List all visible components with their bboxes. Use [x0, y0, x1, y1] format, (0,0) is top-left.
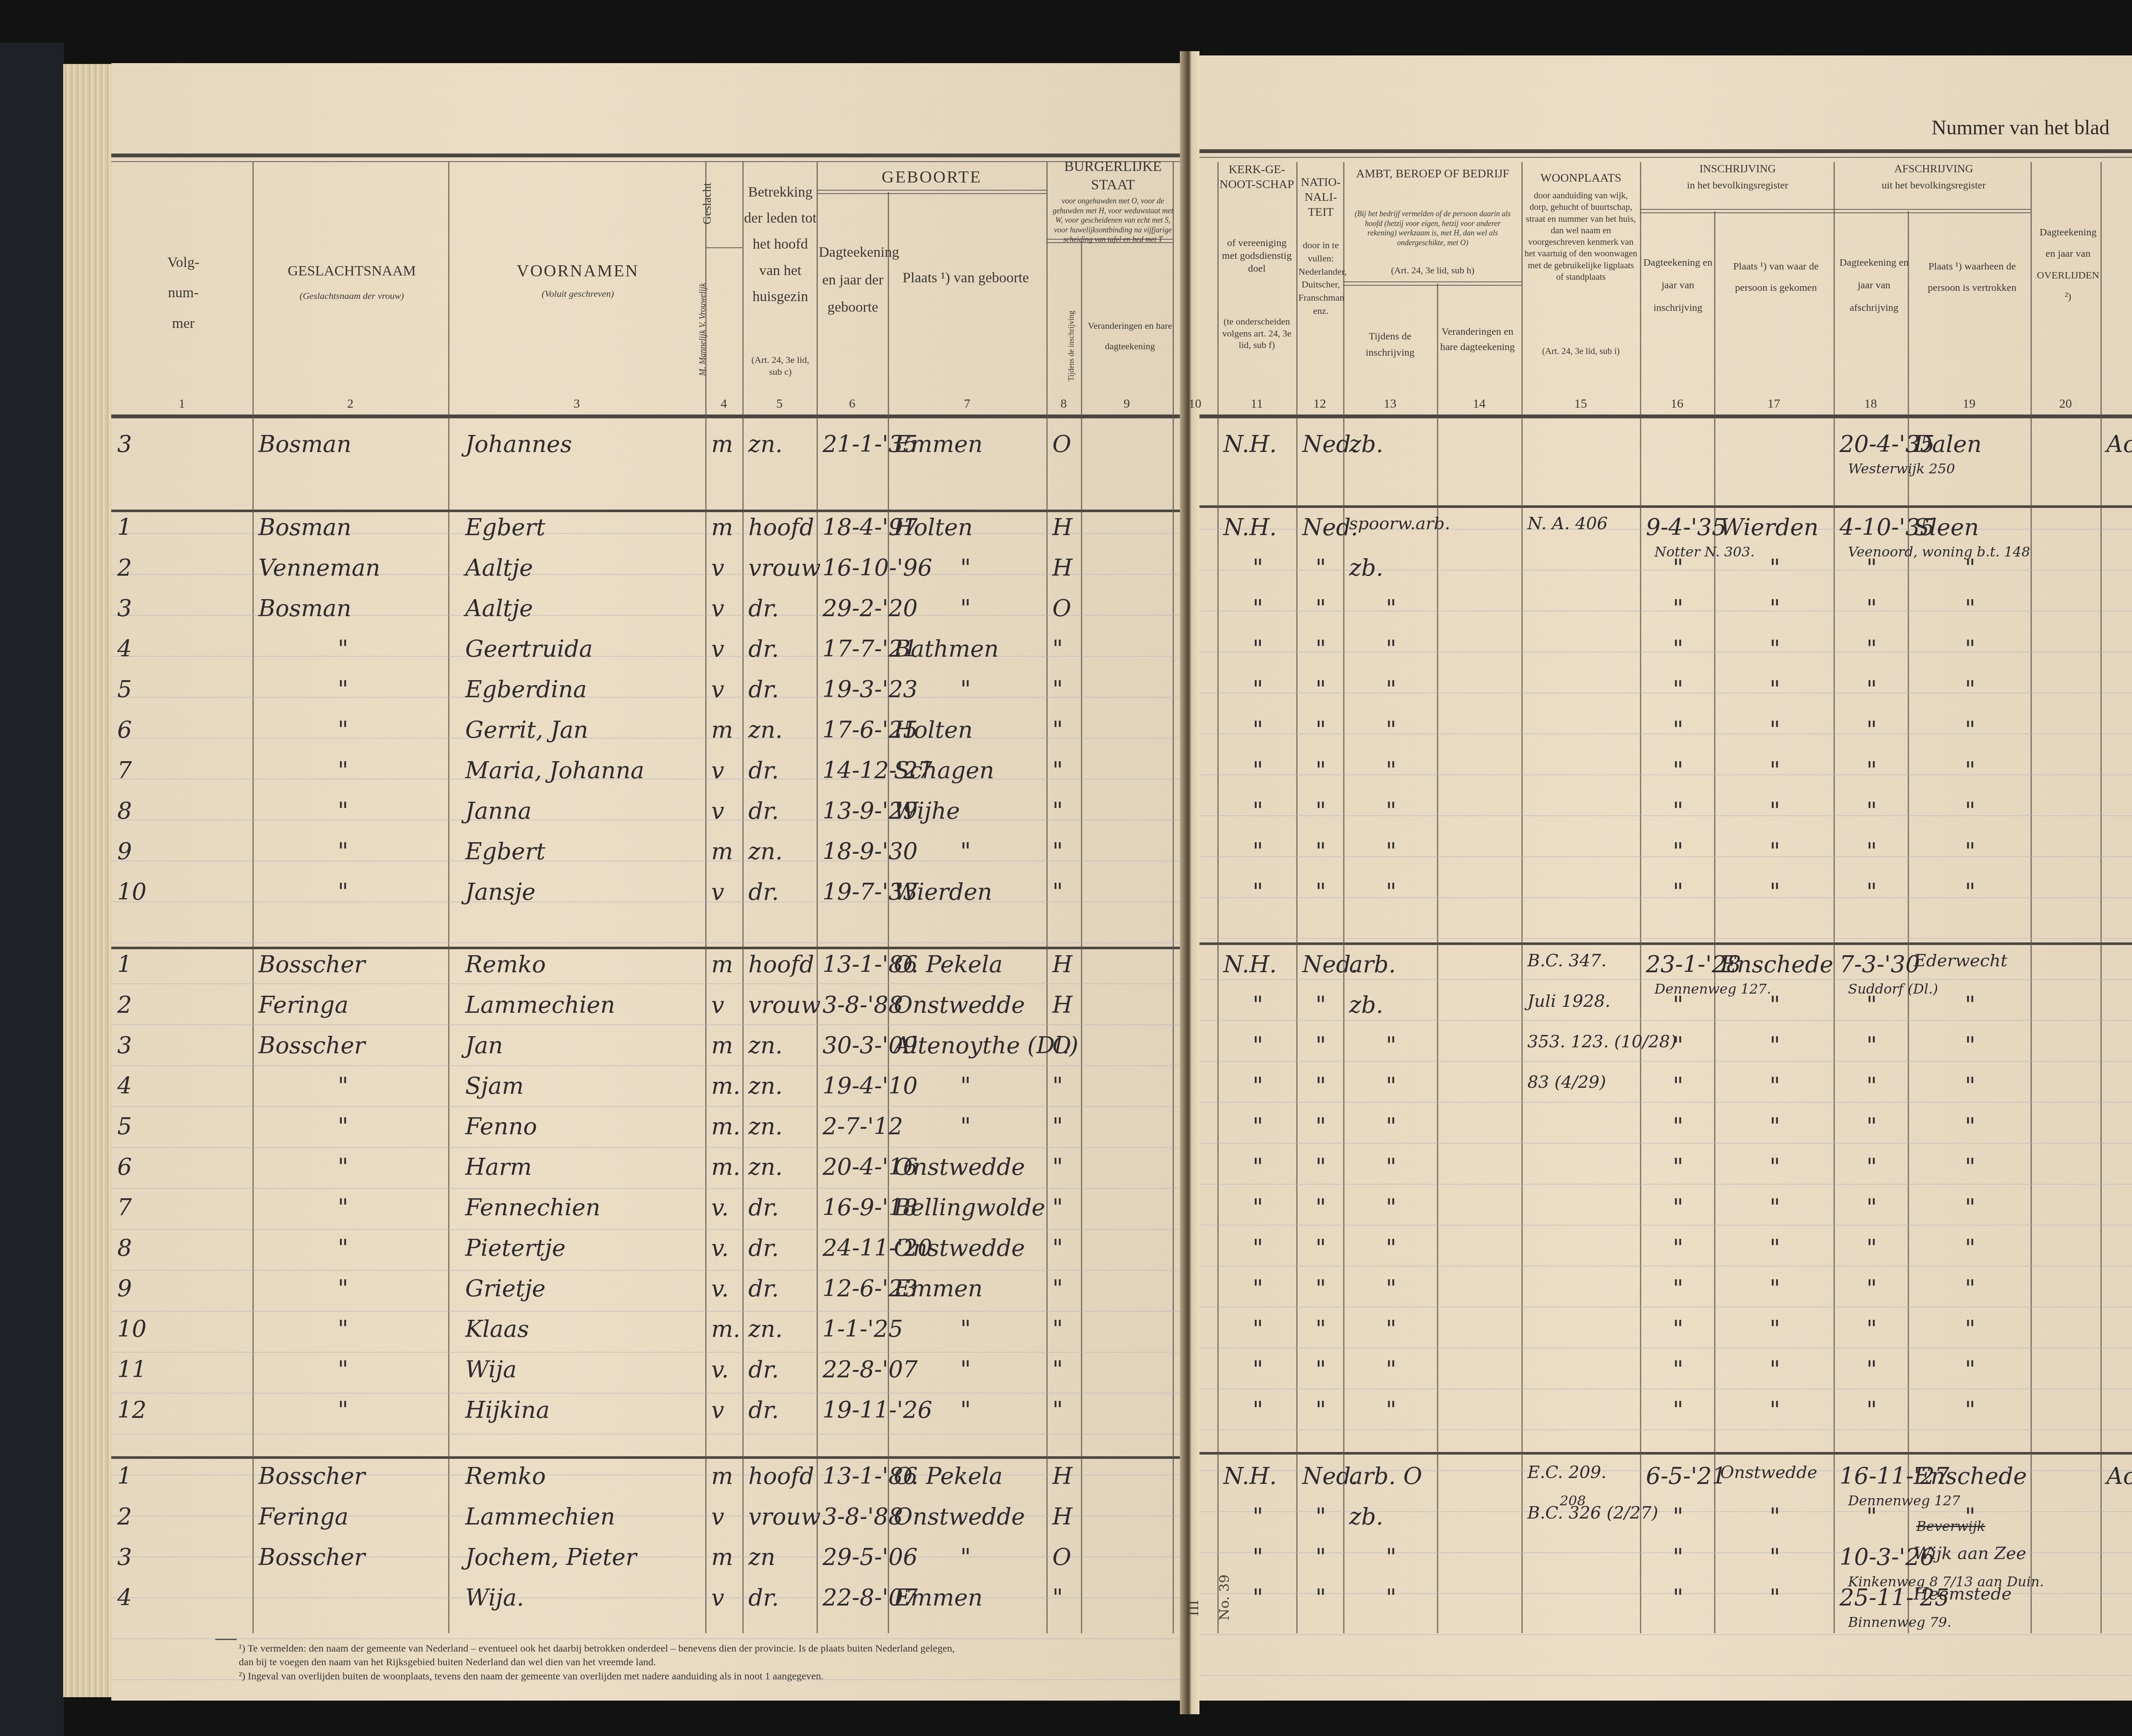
cell-nationality: " [1315, 1397, 1326, 1423]
cell-occupation: " [1386, 1316, 1396, 1342]
cell-sex: m. [711, 1153, 740, 1180]
cell-nationality: " [1315, 991, 1326, 1018]
cell-sex: v [711, 797, 724, 824]
column-number: 15 [1521, 397, 1640, 411]
cell-given-names: Hijkina [465, 1397, 550, 1423]
cell-civil-status: " [1052, 878, 1063, 905]
cell-occupation: " [1386, 1194, 1396, 1221]
cell-occupation: arb. [1349, 951, 1396, 978]
cell-registration-date: " [1673, 1113, 1683, 1140]
cell-religion: " [1253, 757, 1263, 784]
cell-relation: dr. [748, 1584, 779, 1611]
cell-civil-status: H [1052, 951, 1072, 978]
cell-deregistration-place: " [1965, 1072, 1976, 1099]
cell-civil-status: O [1052, 431, 1071, 458]
cell-birth-place: " [960, 1316, 971, 1342]
cell-relation: dr. [748, 757, 779, 784]
cell-religion: N.H. [1223, 514, 1277, 541]
cell-surname: " [338, 757, 348, 784]
cell-religion: N.H. [1223, 951, 1277, 978]
ruled-line [1199, 815, 2132, 816]
ruled-line [111, 1597, 1180, 1598]
cell-registration-place: " [1770, 635, 1780, 662]
cell-residence: E.C. 209. [1527, 1463, 1607, 1482]
cell-given-names: Wija [465, 1356, 517, 1383]
household-separator-right [1199, 1452, 2132, 1455]
header-inschrijving-dag: Dagteekening en jaar van inschrijving [1642, 252, 1714, 319]
header-afschrijving: AFSCHRIJVING [1838, 162, 2030, 176]
cell-birth-place: " [960, 1356, 971, 1383]
ruled-line [1199, 856, 2132, 857]
subheader-rule [817, 193, 1046, 194]
ruled-line [1199, 652, 2132, 652]
household-separator-right [1199, 942, 2132, 945]
cell-out-place-2: Binnenweg 79. [1848, 1614, 1951, 1630]
cell-religion: " [1253, 1032, 1263, 1059]
cell-relation: dr. [748, 595, 779, 622]
cell-civil-status: H [1052, 514, 1072, 541]
cell-registration-place: " [1770, 1032, 1780, 1059]
cell-occupation: arb. O [1349, 1463, 1422, 1490]
header-ambt-tijdens: Tijdens de inschrijving [1347, 328, 1433, 361]
cell-religion: " [1253, 716, 1263, 743]
ruled-line [111, 1065, 1180, 1066]
cell-nationality: " [1315, 1275, 1326, 1302]
ruled-line [111, 901, 1180, 902]
cell-civil-status: " [1052, 1584, 1063, 1611]
column-number: 20 [2031, 397, 2100, 411]
ruled-line [1199, 1307, 2132, 1307]
cell-row-number: 7 [117, 757, 132, 784]
cell-religion: " [1253, 1235, 1263, 1261]
cell-birth-date: 29-2-'20 [823, 595, 918, 622]
header-woonplaats-sub: door aanduiding van wijk, dorp, gehucht … [1524, 190, 1637, 283]
cell-birth-place: Schagen [894, 757, 994, 784]
cell-birth-place: Onstwedde [894, 1153, 1025, 1180]
cell-civil-status: H [1052, 1463, 1072, 1490]
cell-surname: Feringa [258, 1503, 348, 1530]
cell-registration-place: " [1770, 1275, 1780, 1302]
cell-relation: zn. [748, 1113, 782, 1140]
header-betrekking: Betrekking der leden tot het hoofd van h… [744, 179, 817, 310]
column-number: 12 [1296, 397, 1343, 411]
ruled-line [111, 1147, 1180, 1148]
cell-occupation: " [1386, 757, 1396, 784]
footnote-1: ¹) Te vermelden: den naam der gemeente v… [239, 1642, 964, 1669]
ruled-line [1199, 570, 2132, 571]
cell-registration-date: " [1673, 1544, 1683, 1571]
header-top-rule-right [1199, 149, 2132, 153]
cell-given-names: Egbert [465, 514, 545, 541]
cell-religion: " [1253, 878, 1263, 905]
cell-given-names: Remko [465, 1463, 546, 1490]
cell-nationality: " [1315, 1194, 1326, 1221]
cell-registration-date: " [1673, 1275, 1683, 1302]
cell-given-names: Jochem, Pieter [465, 1544, 637, 1571]
cell-nationality: " [1315, 676, 1326, 703]
cell-relation: vrouw [748, 1503, 821, 1530]
cell-birth-date: 16-10-'96 [823, 554, 932, 581]
cell-registration-date: 6-5-'21 [1646, 1463, 1726, 1490]
cell-civil-status: " [1052, 1113, 1063, 1140]
cell-registration-date: " [1673, 1194, 1683, 1221]
header-volg-3: mer [115, 308, 252, 339]
cell-civil-status: " [1052, 1235, 1063, 1261]
cell-registration-date: " [1673, 1153, 1683, 1180]
cell-birth-date: 29-5-'06 [823, 1544, 918, 1571]
cell-deregistration-place: " [1965, 1275, 1976, 1302]
cell-row-number: 5 [117, 676, 132, 703]
cell-registration-date: " [1673, 991, 1683, 1018]
cell-relation: zn. [748, 431, 782, 458]
cell-registration-date: " [1673, 1584, 1683, 1611]
ruled-line [111, 1188, 1180, 1189]
cell-occupation: zb. [1349, 554, 1383, 581]
cell-nationality: " [1315, 797, 1326, 824]
cell-sex: m [711, 1032, 733, 1059]
cell-religion: " [1253, 797, 1263, 824]
cell-given-names: Jan [465, 1032, 503, 1059]
cell-registration-date: 9-4-'35 [1646, 514, 1726, 541]
cell-registration-date: " [1673, 757, 1683, 784]
cell-registration-date: " [1673, 554, 1683, 581]
cell-birth-date: 19-3-'23 [823, 676, 918, 703]
cell-registration-place: " [1770, 1503, 1780, 1530]
cell-deregistration-place: " [1965, 757, 1976, 784]
cell-relation: vrouw [748, 554, 821, 581]
cell-registration-place: " [1770, 716, 1780, 743]
cell-given-names: Grietje [465, 1275, 546, 1302]
cell-surname: Bosscher [258, 1032, 365, 1059]
header-geslachtsnaam: GESLACHTSNAAM [256, 262, 448, 281]
cell-sex: m. [711, 1113, 740, 1140]
column-line [1081, 241, 1082, 1633]
column-number: 14 [1437, 397, 1521, 411]
cell-surname: " [338, 1072, 348, 1099]
cell-civil-status: " [1052, 838, 1063, 865]
cell-birth-date: 2-7-'12 [823, 1113, 903, 1140]
footnotes: ¹) Te vermelden: den naam der gemeente v… [239, 1642, 964, 1683]
household-separator-left [111, 1456, 1180, 1459]
cell-row-number: 10 [117, 878, 147, 905]
cell-row-number: 10 [117, 1316, 147, 1342]
cell-remarks: Acc. [2106, 1463, 2132, 1490]
cell-deregistration-date: " [1866, 1503, 1877, 1530]
header-volgnummer: Volg- num- mer [115, 247, 252, 339]
cell-given-names: Klaas [465, 1316, 529, 1342]
cell-row-number: 5 [117, 1113, 132, 1140]
cell-sex: v. [711, 1194, 729, 1221]
cell-residence: Juli 1928. [1527, 991, 1611, 1011]
cell-deregistration-place: Sleen [1914, 514, 1979, 541]
cell-religion: " [1253, 1113, 1263, 1140]
cell-birth-place: " [960, 838, 971, 865]
cell-surname: " [338, 838, 348, 865]
subheader-rule [1343, 285, 1521, 286]
cell-surname: " [338, 635, 348, 662]
ruled-line [1199, 1061, 2132, 1062]
cell-surname: " [338, 1194, 348, 1221]
cell-surname: " [338, 1275, 348, 1302]
cell-birth-place: Bathmen [894, 635, 999, 662]
cell-row-number: 3 [117, 1544, 132, 1571]
header-top-thin-left [111, 161, 1180, 162]
cell-row-number: 1 [117, 1463, 132, 1490]
ruled-line [1199, 897, 2132, 898]
cell-religion: " [1253, 1584, 1263, 1611]
cell-civil-status: " [1052, 1072, 1063, 1099]
cell-sex: v. [711, 1275, 729, 1302]
cell-remarks: Acc. [2106, 431, 2132, 458]
ruled-line [1199, 1143, 2132, 1144]
cell-nationality: " [1315, 757, 1326, 784]
cell-relation: zn. [748, 1316, 782, 1342]
cell-religion: " [1253, 1503, 1263, 1530]
cell-sex: v [711, 676, 724, 703]
cell-sex: m [711, 431, 733, 458]
cell-surname: " [338, 1397, 348, 1423]
cell-out-place-2: Westerwijk 250 [1848, 461, 1955, 477]
cell-birth-place: Wierden [894, 878, 992, 905]
cell-surname: " [338, 1235, 348, 1261]
cell-civil-status: " [1052, 635, 1063, 662]
cell-sex: m [711, 514, 733, 541]
cell-given-names: Maria, Johanna [465, 757, 644, 784]
cell-surname: Venneman [258, 554, 380, 581]
cell-registration-date: " [1673, 1316, 1683, 1342]
ruled-line [1199, 1102, 2132, 1103]
header-nationaliteit: NATIO-NALI-TEIT [1298, 175, 1343, 220]
ruled-line [111, 1638, 1180, 1639]
cell-row-number: 1 [117, 514, 132, 541]
cell-given-names: Lammechien [465, 1503, 615, 1530]
cell-given-names: Janna [465, 797, 532, 824]
cell-relation: hoofd [748, 1463, 814, 1490]
cell-relation: zn. [748, 1032, 782, 1059]
cell-sex: m [711, 1544, 733, 1571]
cell-nationality: " [1315, 1316, 1326, 1342]
cell-birth-place: Emmen [894, 1584, 983, 1611]
header-geslacht-sub: M. Mannelijk V. Vrouwelijk [698, 283, 708, 376]
cell-sex: v [711, 878, 724, 905]
cell-deregistration-place: " [1965, 1356, 1976, 1383]
cell-birth-place: Bellingwolde [894, 1194, 1045, 1221]
column-line [448, 162, 449, 1633]
cell-surname: Bosman [258, 595, 351, 622]
cell-deregistration-place: " [1965, 1235, 1976, 1261]
ruled-line [1199, 1511, 2132, 1512]
cell-occupation: " [1386, 1356, 1396, 1383]
column-number: 10 [1173, 397, 1217, 411]
cell-sex: m [711, 1463, 733, 1490]
cell-birth-place: " [960, 595, 971, 622]
cell-surname: Feringa [258, 991, 348, 1018]
ruled-line [1199, 1348, 2132, 1348]
cell-surname: Bosman [258, 431, 351, 458]
cell-surname: Bosscher [258, 951, 365, 978]
cell-row-number: 1 [117, 951, 132, 978]
cell-residence: N. A. 406 [1527, 514, 1608, 533]
cell-given-names: Fenno [465, 1113, 537, 1140]
cell-row-number: 7 [117, 1194, 132, 1221]
cell-civil-status: " [1052, 757, 1063, 784]
cell-civil-status: " [1052, 1316, 1063, 1342]
ruled-line [1199, 693, 2132, 693]
subheader-rule [1834, 209, 2031, 210]
cell-nationality: " [1315, 1584, 1326, 1611]
cell-deregistration-place: Dalen [1914, 431, 1982, 458]
cell-birth-place: Emmen [894, 1275, 983, 1302]
ruled-line [111, 983, 1180, 984]
cell-given-names: Harm [465, 1153, 532, 1180]
cell-residence: 83 (4/29) [1527, 1072, 1606, 1092]
cell-birth-date: 22-8-'07 [823, 1356, 918, 1383]
header-ambt-sub: (Bij het bedrijf vermelden of de persoon… [1352, 209, 1514, 247]
cell-residence: B.C. 326 (2/27) [1527, 1503, 1658, 1523]
cell-registration-place: " [1770, 838, 1780, 865]
ruled-line [111, 1311, 1180, 1312]
cell-registration-place: " [1770, 878, 1780, 905]
cell-sex: v [711, 991, 724, 1018]
cell-civil-status: " [1052, 1194, 1063, 1221]
cell-civil-status: H [1052, 991, 1072, 1018]
cell-occupation: " [1386, 1275, 1396, 1302]
cell-deregistration-place: " [1965, 1194, 1976, 1221]
column-line [1908, 211, 1909, 1633]
cell-nationality: " [1315, 1356, 1326, 1383]
cell-relation: zn. [748, 716, 782, 743]
header-top-thin-right [1199, 157, 2132, 158]
header-bottom-rule-right [1199, 414, 2132, 418]
cell-registration-place: " [1770, 1072, 1780, 1099]
cell-deregistration-place: " [1965, 554, 1976, 581]
cell-given-names: Geertruida [465, 635, 593, 662]
header-burgerlijke-veranderingen: Veranderingen en hare dagteekening [1083, 316, 1177, 357]
cell-given-names: Sjam [465, 1072, 524, 1099]
ruled-line [111, 656, 1180, 657]
cell-civil-status: O [1052, 595, 1071, 622]
cell-occupation: " [1386, 797, 1396, 824]
cell-given-names: Egbert [465, 838, 545, 865]
cell-row-number: 3 [117, 431, 132, 458]
cell-given-names: Lammechien [465, 991, 615, 1018]
cell-deregistration-date: " [1866, 716, 1877, 743]
cell-deregistration-place: Heemstede [1914, 1584, 2012, 1604]
ruled-line [1199, 611, 2132, 612]
cell-occupation: spoorw.arb. [1349, 514, 1450, 533]
cell-registration-date: " [1673, 1397, 1683, 1423]
geslacht-divider [705, 247, 742, 248]
cell-birth-place: Onstwedde [894, 1235, 1025, 1261]
cell-sex: v [711, 757, 724, 784]
cell-registration-date: " [1673, 797, 1683, 824]
cell-nationality: " [1315, 716, 1326, 743]
cell-registration-place: " [1770, 1194, 1780, 1221]
cell-nationality: " [1315, 1153, 1326, 1180]
cell-sex: v [711, 635, 724, 662]
ruled-line [1199, 1266, 2132, 1266]
cell-registration-place: Onstwedde [1720, 1463, 1817, 1482]
cell-deregistration-place: " [1965, 635, 1976, 662]
cell-given-names: Aaltje [465, 554, 533, 581]
cell-birth-place: " [960, 1072, 971, 1099]
cell-row-number: 2 [117, 554, 132, 581]
cell-deregistration-place: " [1965, 595, 1976, 622]
cell-civil-status: " [1052, 1153, 1063, 1180]
cell-row-number: 4 [117, 635, 132, 662]
cell-birth-place: Onstwedde [894, 1503, 1025, 1530]
cell-registration-date: " [1673, 838, 1683, 865]
cell-deregistration-date: " [1866, 1032, 1877, 1059]
cell-birth-date: 19-4-'10 [823, 1072, 918, 1099]
cell-relation: zn. [748, 838, 782, 865]
ruled-line [111, 1270, 1180, 1271]
cell-occupation: " [1386, 1544, 1396, 1571]
cell-religion: " [1253, 1153, 1263, 1180]
cell-birth-date: 18-9-'30 [823, 838, 918, 865]
cell-sex: m [711, 716, 733, 743]
ruled-line [1199, 938, 2132, 939]
column-number: 18 [1834, 397, 1908, 411]
cell-religion: " [1253, 838, 1263, 865]
cell-deregistration-place: " [1965, 1113, 1976, 1140]
header-kerkgenootschap: KERK-GE-NOOT-SCHAP [1220, 162, 1294, 192]
cell-sex: v [711, 1584, 724, 1611]
cell-deregistration-date: " [1866, 1235, 1877, 1261]
cell-registration-date: " [1673, 1503, 1683, 1530]
cell-deregistration-place: " [1965, 1316, 1976, 1342]
header-aanmerkingen-sub: (Art. 24, 5e lid) [2106, 294, 2132, 306]
cell-surname: " [338, 1153, 348, 1180]
cell-birth-place: O. Pekela [894, 1463, 1002, 1490]
cell-relation: zn. [748, 1072, 782, 1099]
cell-occupation: " [1386, 676, 1396, 703]
cell-deregistration-date: 7-3-'30 [1839, 951, 1920, 978]
cell-surname: Bosscher [258, 1544, 365, 1571]
cell-deregistration-date: " [1866, 878, 1877, 905]
cell-row-number: 12 [117, 1397, 147, 1423]
cell-deregistration-place: " [1965, 716, 1976, 743]
book-gutter [1180, 51, 1199, 1714]
cell-row-number: 8 [117, 1235, 132, 1261]
cell-deregistration-date: " [1866, 595, 1877, 622]
subheader-rule [817, 190, 1046, 191]
cell-deregistration-date: " [1866, 757, 1877, 784]
cell-sex: v [711, 1503, 724, 1530]
column-line [1714, 211, 1715, 1633]
cell-registration-place: " [1770, 757, 1780, 784]
cell-religion: " [1253, 595, 1263, 622]
cell-relation: dr. [748, 1356, 779, 1383]
cell-in-place-2: Notter N. 303. [1654, 544, 1755, 560]
cell-birth-date: 3-8-'88 [823, 1503, 903, 1530]
subheader-rule [1834, 212, 2031, 213]
cell-deregistration-place: Ederwecht [1914, 951, 2007, 971]
cell-civil-status: O [1052, 1544, 1071, 1571]
cell-given-names: Egberdina [465, 676, 587, 703]
cell-deregistration-date: " [1866, 1316, 1877, 1342]
cell-civil-status: " [1052, 1356, 1063, 1383]
cell-deregistration-date: " [1866, 838, 1877, 865]
ruled-line [111, 1024, 1180, 1025]
cell-deregistration-date: " [1866, 676, 1877, 703]
cell-deregistration-place: " [1965, 1397, 1976, 1423]
header-bottom-rule-left [111, 414, 1180, 418]
header-voornamen: VOORNAMEN [450, 260, 706, 281]
cell-nationality: " [1315, 1235, 1326, 1261]
cell-relation: dr. [748, 1397, 779, 1423]
header-burgerlijke-tijdens: Tijdens de inschrijving [1066, 311, 1076, 381]
